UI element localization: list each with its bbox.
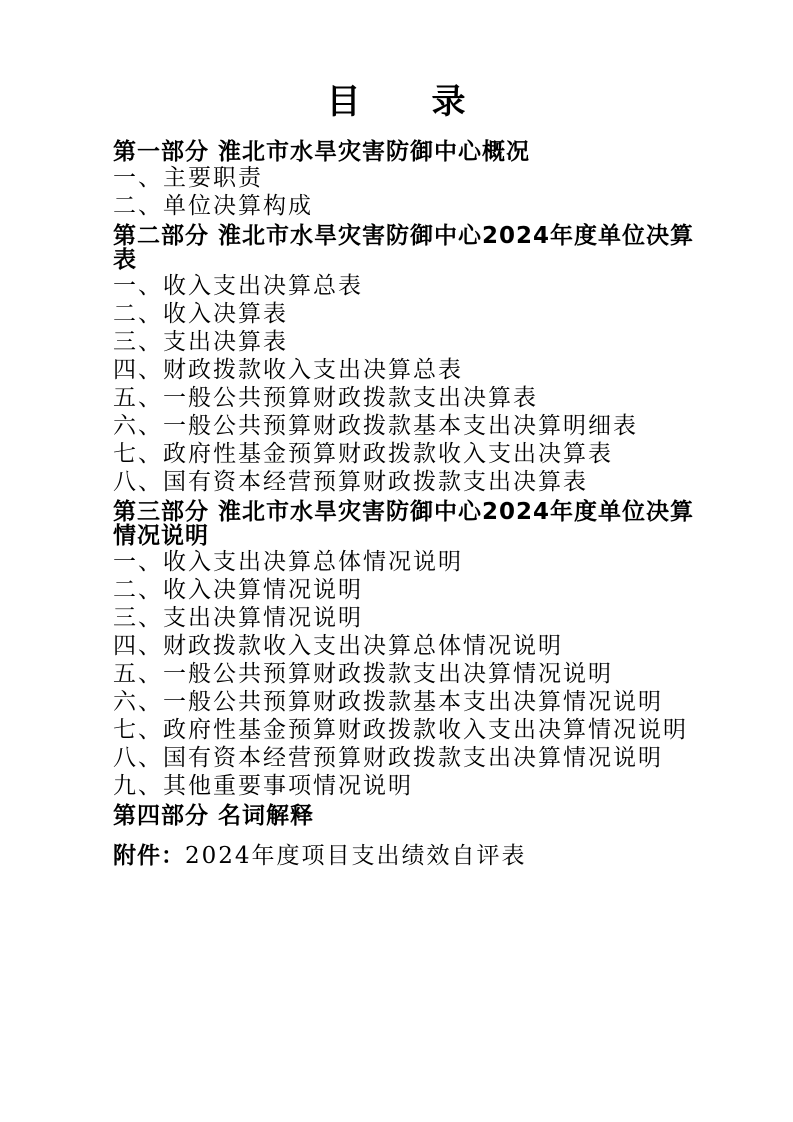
toc-item: 九、其他重要事项情况说明 (113, 772, 703, 800)
toc-item: 二、单位决算构成 (113, 192, 703, 220)
toc-item: 七、政府性基金预算财政拨款收入支出决算情况说明 (113, 716, 703, 744)
toc-item: 三、支出决算表 (113, 328, 703, 356)
toc-item: 一、收入支出决算总表 (113, 272, 703, 300)
toc-item: 六、一般公共预算财政拨款基本支出决算明细表 (113, 412, 703, 440)
toc-item: 三、支出决算情况说明 (113, 604, 703, 632)
attachment-line: 附件：2024年度项目支出绩效自评表 (113, 842, 703, 870)
toc-section-heading: 第四部分 名词解释 (113, 804, 703, 828)
toc-item: 五、一般公共预算财政拨款支出决算情况说明 (113, 660, 703, 688)
attachment-label: 附件： (113, 843, 185, 869)
toc-item: 四、财政拨款收入支出决算总表 (113, 356, 703, 384)
toc-item: 八、国有资本经营预算财政拨款支出决算情况说明 (113, 744, 703, 772)
toc-item: 四、财政拨款收入支出决算总体情况说明 (113, 632, 703, 660)
toc-item: 一、主要职责 (113, 164, 703, 192)
toc-item: 二、收入决算表 (113, 300, 703, 328)
toc-item: 六、一般公共预算财政拨款基本支出决算情况说明 (113, 688, 703, 716)
toc-item: 五、一般公共预算财政拨款支出决算表 (113, 384, 703, 412)
toc-item: 七、政府性基金预算财政拨款收入支出决算表 (113, 440, 703, 468)
toc-item: 一、收入支出决算总体情况说明 (113, 548, 703, 576)
page-title: 目 录 (0, 0, 793, 120)
toc-section-heading: 第二部分 淮北市水旱灾害防御中心2024年度单位决算 表 (113, 224, 703, 272)
toc-section-heading: 第三部分 淮北市水旱灾害防御中心2024年度单位决算 情况说明 (113, 500, 703, 548)
toc-item: 八、国有资本经营预算财政拨款支出决算表 (113, 468, 703, 496)
toc-item: 二、收入决算情况说明 (113, 576, 703, 604)
document-page: 目 录 第一部分 淮北市水旱灾害防御中心概况一、主要职责二、单位决算构成第二部分… (0, 0, 793, 1122)
toc-section-heading: 第一部分 淮北市水旱灾害防御中心概况 (113, 140, 703, 164)
table-of-contents: 第一部分 淮北市水旱灾害防御中心概况一、主要职责二、单位决算构成第二部分 淮北市… (113, 140, 703, 828)
attachment-text: 2024年度项目支出绩效自评表 (185, 843, 527, 869)
